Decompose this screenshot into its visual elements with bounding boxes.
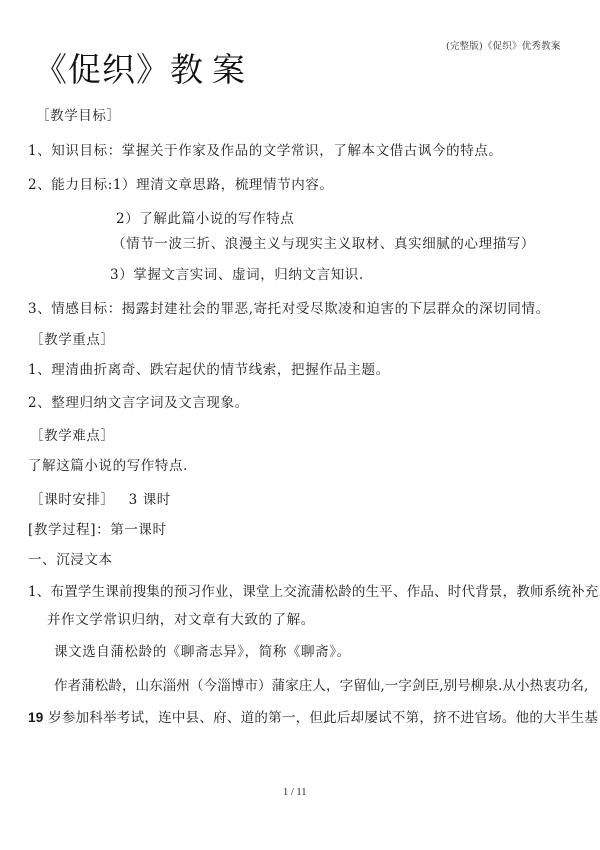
process-paragraph-2-line1: 作者蒲松龄，山东淄州（今淄博市）蒲家庄人，字留仙,一字剑臣,别号柳泉.从小热衷功… [54,678,588,694]
document-title: 《促织》教案 [34,50,246,90]
objective-ability: 2、能力目标:1）理清文章思路，梳理情节内容。 [28,177,334,193]
title-text-1: 《促织》教 [34,50,204,89]
process-paragraph-2-line2-text: 岁参加科举考试，连中县、府、道的第一，但此后却屡试不第，挤不进官场。他的大半生基 [44,710,599,726]
objective-ability-sub3: 3）掌握文言实词、虚词，归纳文言知识. [110,267,364,283]
section-heading-process: [教学过程]：第一课时 [28,522,167,538]
process-part1-title: 一、沉浸文本 [28,552,113,568]
objective-knowledge: 1、知识目标：掌握关于作家及作品的文学常识，了解本文借古讽今的特点。 [28,143,503,159]
section-heading-objectives: ［教学目标］ [36,108,121,124]
section-heading-schedule: ［课时安排］ [30,492,115,508]
objective-ability-sub2-note: （情节一波三折、浪漫主义与现实主义取材、真实细腻的心理描写） [112,236,535,252]
process-paragraph-2-line2: 19 岁参加科举考试，连中县、府、道的第一，但此后却屡试不第，挤不进官场。他的大… [28,710,598,726]
objective-ability-sub2: 2）了解此篇小说的写作特点 [116,211,294,227]
title-text-2: 案 [212,50,246,89]
schedule-value: 3 课时 [129,492,171,508]
section-heading-difficulties: ［教学难点］ [30,428,115,444]
page-indicator: 1 / 11 [283,787,307,799]
key-point-2: 2、整理归纳文言字词及文言现象。 [28,395,249,411]
process-step1-line1: 1、布置学生课前搜集的预习作业，课堂上交流蒲松龄的生平、作品、时代背景，教师系统… [28,584,600,600]
running-header: (完整版)《促织》优秀教案 [446,41,561,53]
process-step1-line2: 并作文学常识归纳，对文章有大致的了解。 [47,612,315,628]
difficulty-1: 了解这篇小说的写作特点. [28,458,188,474]
key-point-1: 1、理清曲折离奇、跌宕起伏的情节线索，把握作品主题。 [28,362,390,378]
document-page: (完整版)《促织》优秀教案 《促织》教案 ［教学目标］ 1、知识目标：掌握关于作… [0,0,600,850]
schedule-line: ［课时安排］3 课时 [30,492,171,508]
objective-emotion: 3、情感目标：揭露封建社会的罪恶,寄托对受尽欺凌和迫害的下层群众的深切同情。 [28,301,550,317]
age-number: 19 [28,710,44,725]
section-heading-key-points: ［教学重点］ [30,332,115,348]
process-paragraph-1: 课文选自蒲松龄的《聊斋志异》，简称《聊斋》。 [54,644,351,660]
